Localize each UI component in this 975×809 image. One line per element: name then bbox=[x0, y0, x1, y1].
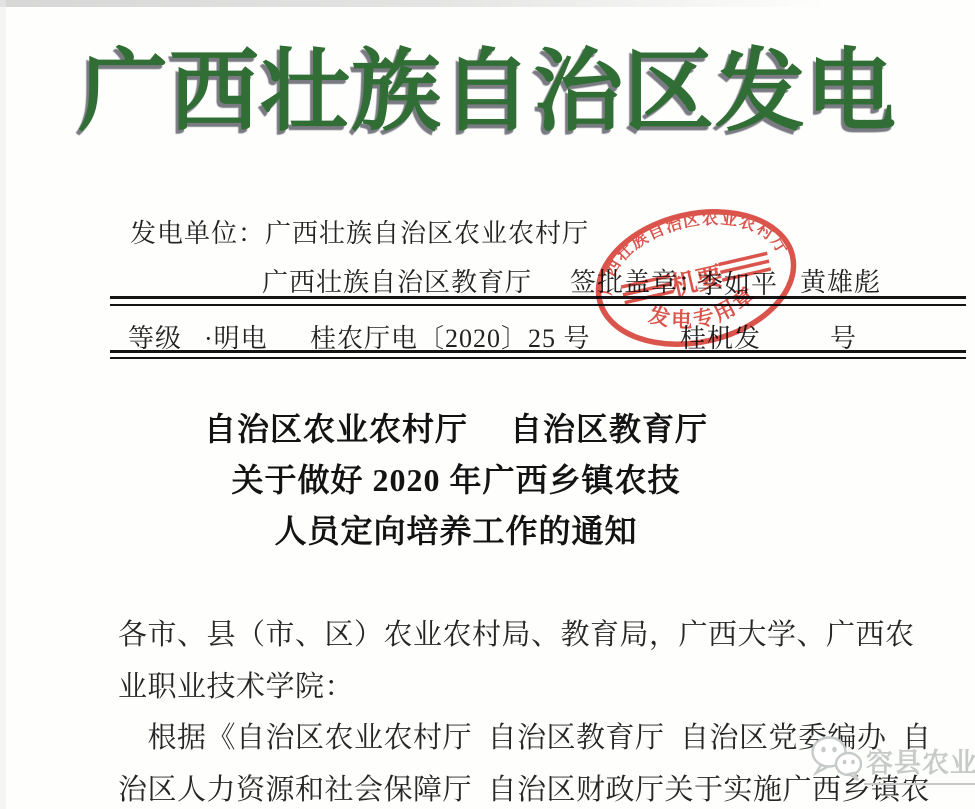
divider-rule bbox=[110, 304, 966, 306]
grade-value: ·明电 bbox=[204, 318, 268, 355]
document-page: 广西壮族自治区发电 发电单位：广西壮族自治区农业农村厅 广西壮族自治区教育厅 签… bbox=[0, 0, 975, 809]
issuing-unit-row: 发电单位：广西壮族自治区农业农村厅 bbox=[130, 213, 589, 250]
document-title: 自治区农业农村厅 自治区教育厅 关于做好 2020 年广西乡镇农技 人员定向培养… bbox=[0, 404, 912, 557]
document-number: 桂农厅电〔2020〕25 号 bbox=[310, 318, 591, 355]
grade-label: 等级 bbox=[128, 318, 182, 355]
body-line-1: 各市、县（市、区）农业农村局、教育局，广西大学、广西农 bbox=[118, 610, 918, 662]
title-line-3: 人员定向培养工作的通知 bbox=[0, 506, 912, 557]
issuing-unit-1: 广西壮族自治区农业农村厅 bbox=[265, 219, 589, 248]
title-line-1: 自治区农业农村厅 自治区教育厅 bbox=[0, 404, 912, 455]
reference-suffix: 号 bbox=[830, 318, 857, 355]
scan-edge-top-artifact bbox=[0, 0, 975, 7]
document-body: 各市、县（市、区）农业农村局、教育局，广西大学、广西农 业职业技术学院： 根据《… bbox=[118, 610, 918, 809]
issuing-unit-label: 发电单位： bbox=[130, 219, 265, 248]
title-line-2: 关于做好 2020 年广西乡镇农技 bbox=[0, 455, 912, 506]
body-line-2: 业职业技术学院： bbox=[118, 662, 918, 714]
body-line-4: 治区人力资源和社会保障厅 自治区财政厅关于实施广西乡镇农 bbox=[118, 765, 918, 809]
watermark-text: 容县农业 bbox=[864, 735, 975, 785]
divider-rule bbox=[110, 357, 966, 359]
body-line-3: 根据《自治区农业农村厅 自治区教育厅 自治区党委编办 自 bbox=[118, 713, 918, 765]
watermark: 容县农业 bbox=[810, 735, 975, 785]
telegram-header-title: 广西壮族自治区发电 bbox=[0, 18, 975, 148]
wechat-icon bbox=[810, 735, 864, 783]
stamp-center-text: 机要 bbox=[668, 260, 725, 301]
issuing-unit-2: 广西壮族自治区教育厅 bbox=[262, 262, 532, 299]
scan-edge-left-artifact bbox=[0, 0, 6, 809]
official-red-stamp: 广西壮族自治区农业农村厅 机要 发电专用章 bbox=[581, 196, 813, 372]
